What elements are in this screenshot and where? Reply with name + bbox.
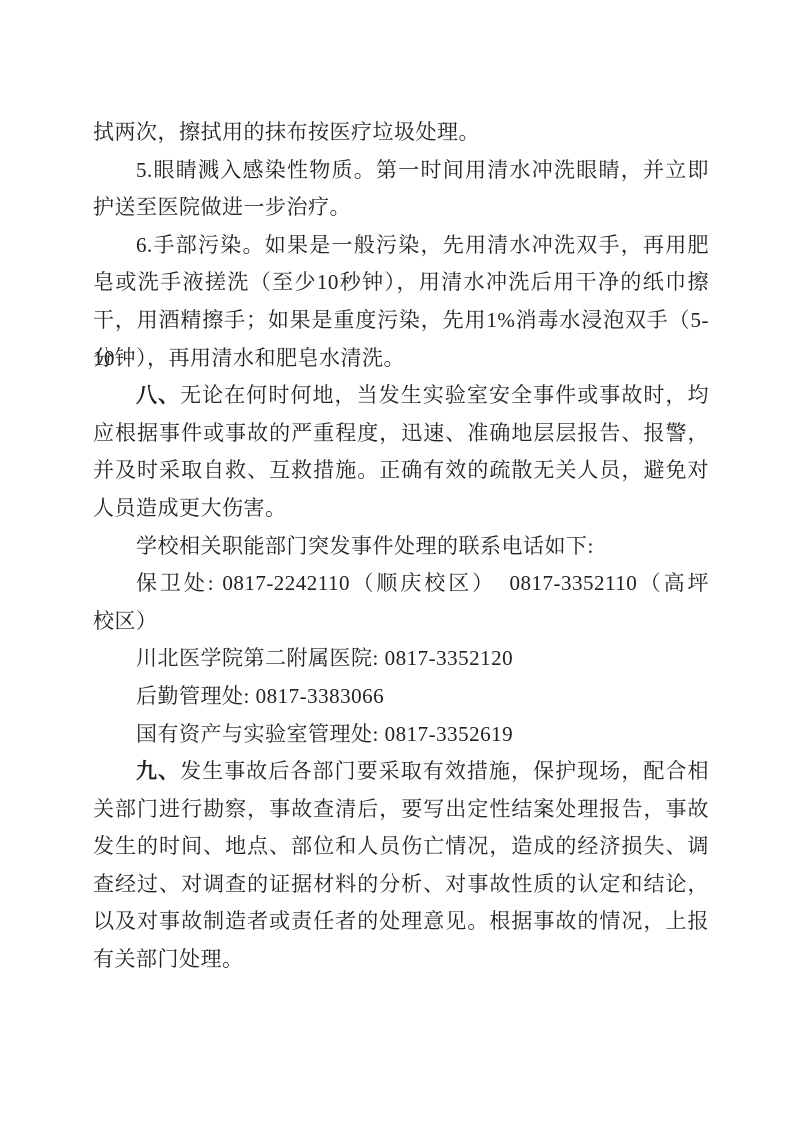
text-line-11: 人员造成更大伤害。 — [93, 490, 709, 528]
text-line-2: 5.眼睛溅入感染性物质。第一时间用清水冲洗眼睛，并立即 — [93, 152, 709, 190]
text-line-6: 干，用酒精擦手；如果是重度污染，先用1%消毒水浸泡双手（5-10 — [93, 302, 709, 340]
text-line-15: 川北医学院第二附属医院: 0817-3352120 — [93, 640, 709, 678]
section-number: 九、 — [136, 759, 180, 783]
text-line-1: 拭两次，擦拭用的抹布按医疗垃圾处理。 — [93, 114, 709, 152]
text-line-21: 查经过、对调查的证据材料的分析、对事故性质的认定和结论， — [93, 866, 709, 904]
text-line-5: 皂或洗手液搓洗（至少10秒钟），用清水冲洗后用干净的纸巾擦 — [93, 264, 709, 302]
text-line-9: 应根据事件或事故的严重程度，迅速、准确地层层报告、报警， — [93, 415, 709, 453]
text-line-19: 关部门进行勘察，事故查清后，要写出定性结案处理报告，事故 — [93, 791, 709, 829]
text-line-13: 保卫处: 0817-2242110（顺庆校区） 0817-3352110（高坪 — [93, 565, 709, 603]
text-line-7: 分钟），再用清水和肥皂水清洗。 — [93, 340, 709, 378]
text-line-18: 九、发生事故后各部门要采取有效措施，保护现场，配合相 — [93, 753, 709, 791]
text-line-17: 国有资产与实验室管理处: 0817-3352619 — [93, 716, 709, 754]
text-line-10: 并及时采取自救、互救措施。正确有效的疏散无关人员，避免对 — [93, 452, 709, 490]
text-line-8: 八、无论在何时何地，当发生实验室安全事件或事故时，均 — [93, 377, 709, 415]
text-line-20: 发生的时间、地点、部位和人员伤亡情况，造成的经济损失、调 — [93, 828, 709, 866]
text-line-23: 有关部门处理。 — [93, 941, 709, 979]
text-line-3: 护送至医院做进一步治疗。 — [93, 189, 709, 227]
text-line-12: 学校相关职能部门突发事件处理的联系电话如下: — [93, 528, 709, 566]
document-page: 拭两次，擦拭用的抹布按医疗垃圾处理。5.眼睛溅入感染性物质。第一时间用清水冲洗眼… — [0, 0, 793, 1122]
text-line-16: 后勤管理处: 0817-3383066 — [93, 678, 709, 716]
text-line-22: 以及对事故制造者或责任者的处理意见。根据事故的情况，上报 — [93, 903, 709, 941]
section-number: 八、 — [136, 383, 180, 407]
text-line-4: 6.手部污染。如果是一般污染，先用清水冲洗双手，再用肥 — [93, 227, 709, 265]
document-body: 拭两次，擦拭用的抹布按医疗垃圾处理。5.眼睛溅入感染性物质。第一时间用清水冲洗眼… — [93, 114, 709, 979]
text-line-14: 校区） — [93, 603, 709, 641]
